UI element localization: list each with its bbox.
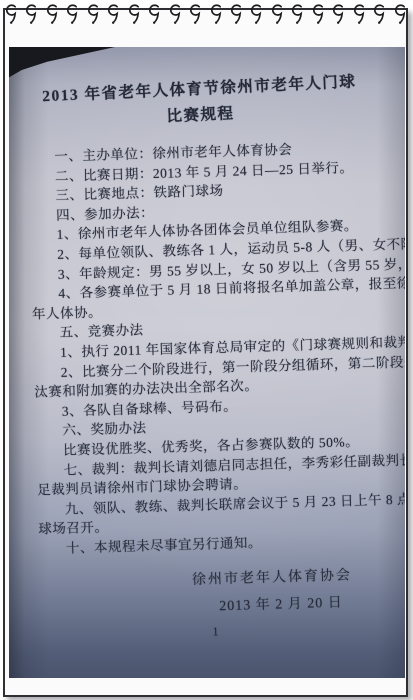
signature-org: 徐州市老年人体育协会 — [16, 563, 405, 595]
page-number: 1 — [17, 619, 405, 646]
binding-ring-icon — [43, 2, 63, 28]
binding-ring-icon — [309, 2, 329, 28]
binding-ring-icon — [186, 2, 206, 28]
binding-ring-icon — [104, 2, 124, 28]
binding-ring-icon — [207, 2, 227, 28]
document-body: 一、主办单位：徐州市老年人体育协会 二、比赛日期：2013 年 5 月 24 日… — [9, 137, 405, 560]
binding-ring-icon — [227, 2, 247, 28]
binding-ring-icon — [2, 2, 22, 28]
binding-ring-icon — [247, 2, 267, 28]
binding-ring-icon — [370, 2, 390, 28]
binding-ring-icon — [145, 2, 165, 28]
signature-date: 2013 年 2 月 20 日 — [17, 590, 405, 622]
binding-ring-icon — [391, 2, 411, 28]
document-title: 2013 年省老年人体育节徐州市老年人门球 比赛规程 — [9, 68, 399, 139]
binding-ring-icon — [63, 2, 83, 28]
binding-ring-icon — [350, 2, 370, 28]
binding-rings — [2, 2, 411, 28]
binding-ring-icon — [166, 2, 186, 28]
document-page: 2013 年省老年人体育节徐州市老年人门球 比赛规程 一、主办单位：徐州市老年人… — [9, 47, 405, 646]
binding-ring-icon — [288, 2, 308, 28]
binding-ring-icon — [268, 2, 288, 28]
binding-ring-icon — [125, 2, 145, 28]
binding-ring-icon — [22, 2, 42, 28]
document-photo: 2013 年省老年人体育节徐州市老年人门球 比赛规程 一、主办单位：徐州市老年人… — [9, 47, 405, 678]
binding-ring-icon — [84, 2, 104, 28]
binding-ring-icon — [329, 2, 349, 28]
